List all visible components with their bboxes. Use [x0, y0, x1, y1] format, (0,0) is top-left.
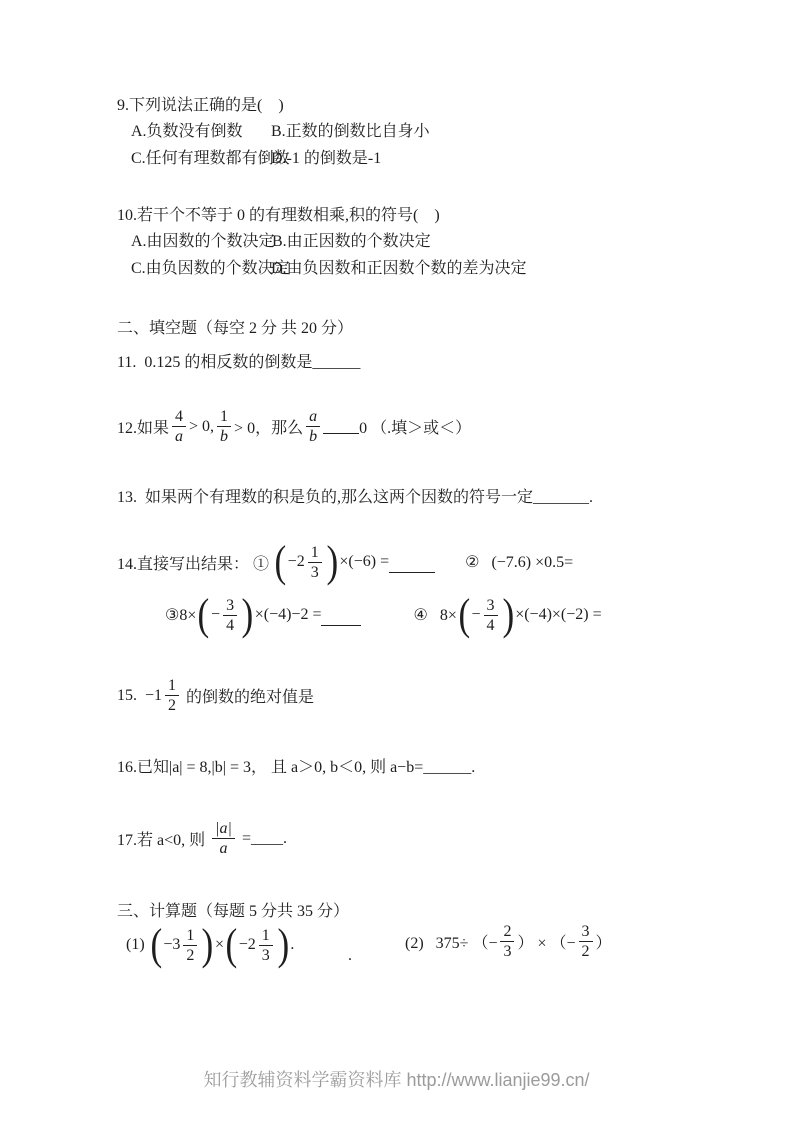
fraction: 32	[579, 923, 593, 960]
question-16: 16.已知|a| = 8,|b| = 3， 且 a＞0, b＜0, 则 a−b=…	[117, 757, 475, 778]
fraction-numerator: 1	[308, 544, 322, 563]
blank-line	[389, 571, 435, 573]
q14-fraction-sign: −	[472, 606, 481, 624]
q14-text-2: ×(−6) =	[339, 553, 389, 571]
question-13: 13. 如果两个有理数的积是负的,那么这两个因数的符号一定_______.	[117, 487, 593, 508]
q12-text-2: > 0,	[189, 418, 214, 436]
section-3-title: 三、计算题（每题 5 分共 35 分）	[117, 901, 349, 922]
fraction-denominator: 4	[484, 616, 498, 634]
fraction-numerator: 2	[500, 923, 514, 942]
q14-text-1: 14.直接写出结果： ①	[117, 551, 273, 574]
q14-text-4: ③8×	[165, 605, 196, 625]
document-page: 9.下列说法正确的是( ) A.负数没有倒数 B.正数的倒数比自身小 C.任何有…	[0, 0, 793, 1122]
q12-text-4: 0 （.填＞或＜）	[359, 415, 471, 438]
c2-text-1: (2) 375÷ （−	[405, 930, 497, 953]
fraction-numerator: 1	[259, 927, 273, 946]
big-paren-left: (	[150, 923, 162, 967]
fraction: ab	[306, 408, 320, 445]
fraction-denominator: 2	[183, 946, 197, 964]
calc-problem-2: (2) 375÷ （− 23 ） × （− 32 ）	[405, 923, 612, 960]
fraction: 13	[259, 927, 273, 964]
fraction-numerator: 1	[165, 677, 179, 696]
question-9-option-c: C.任何有理数都有倒数	[131, 148, 290, 169]
big-paren-left: (	[225, 923, 237, 967]
fraction: 23	[500, 923, 514, 960]
question-14-line-1: 14.直接写出结果： ① ( −2 13 ) ×(−6) = ② (−7.6) …	[117, 540, 573, 584]
big-paren-left: (	[274, 540, 286, 584]
section-2-title: 二、填空题（每空 2 分 共 20 分）	[117, 318, 353, 339]
question-15: 15. −1 12 的倒数的绝对值是	[117, 677, 314, 714]
fraction: 1b	[217, 408, 231, 445]
q14-text-7: ×(−4)×(−2) =	[515, 606, 601, 624]
c2-text-2: ） × （−	[517, 930, 575, 953]
c1-mixed-number-sign: −3	[163, 936, 180, 954]
fraction: 13	[308, 544, 322, 581]
fraction-denominator: a	[217, 839, 231, 857]
fraction: 12	[165, 677, 179, 714]
fraction-denominator: b	[217, 427, 231, 445]
c1-times-sign: ×	[215, 936, 224, 954]
fraction-denominator: 4	[223, 616, 237, 634]
fraction-denominator: 3	[500, 942, 514, 960]
question-17: 17.若 a<0, 则 |a|a =____.	[117, 820, 287, 857]
q15-text-1: 15. −1	[117, 687, 162, 705]
fraction-numerator: 3	[223, 597, 237, 616]
calc-problem-1: (1) ( −3 12 ) × ( −2 13 ) .	[126, 923, 294, 967]
fraction-denominator: 3	[308, 563, 322, 581]
q14-text-3: ② (−7.6) ×0.5=	[465, 552, 573, 572]
question-11: 11. 0.125 的相反数的倒数是______	[117, 352, 360, 373]
big-paren-right: )	[202, 923, 214, 967]
fraction-denominator: 2	[165, 696, 179, 714]
fraction-numerator: 1	[183, 927, 197, 946]
fraction-numerator: 4	[172, 408, 186, 427]
fraction-denominator: 2	[579, 942, 593, 960]
q15-text-2: 的倒数的绝对值是	[182, 684, 314, 707]
c2-text-3: ）	[596, 930, 612, 953]
c1-label: (1)	[126, 936, 149, 954]
big-paren-left: (	[458, 593, 470, 637]
big-paren-right: )	[242, 593, 254, 637]
question-10-stem: 10.若干个不等于 0 的有理数相乘,积的符号( )	[117, 205, 440, 226]
fraction-numerator: |a|	[212, 820, 235, 839]
fraction: 34	[484, 597, 498, 634]
q14-mixed-number-sign: −2	[288, 553, 305, 571]
q17-text-2: =____.	[238, 830, 287, 848]
q14-text-5: ×(−4)−2 =	[255, 606, 322, 624]
fraction-denominator: 3	[259, 946, 273, 964]
question-10-option-c: C.由负因数的个数决定	[131, 258, 290, 279]
fraction-numerator: 3	[579, 923, 593, 942]
fraction-numerator: 1	[217, 408, 231, 427]
blank-line	[321, 624, 361, 626]
question-10-option-b: B.由正因数的个数决定	[272, 231, 431, 252]
big-paren-left: (	[198, 593, 210, 637]
footer-watermark: 知行教辅资料学霸资料库 http://www.lianjie99.cn/	[0, 1066, 793, 1092]
fraction-numerator: a	[306, 408, 320, 427]
question-9-option-d: D.-1 的倒数是-1	[271, 148, 381, 169]
question-9-option-b: B.正数的倒数比自身小	[271, 121, 430, 142]
fraction: 34	[223, 597, 237, 634]
q14-text-6: ④ 8×	[413, 605, 456, 625]
c1-period: .	[290, 936, 294, 954]
question-9-option-a: A.负数没有倒数	[131, 121, 243, 142]
question-10-option-a: A.由因数的个数决定	[131, 231, 275, 252]
fraction: 12	[183, 927, 197, 964]
blank-line	[323, 432, 359, 434]
question-10-option-d: D.由负因数和正因数个数的差为决定	[271, 258, 527, 279]
big-paren-right: )	[502, 593, 514, 637]
fraction-numerator: 3	[484, 597, 498, 616]
q12-text-3: > 0，那么	[234, 415, 303, 438]
q14-fraction-sign: −	[211, 606, 220, 624]
question-12: 12.如果 4a > 0, 1b > 0，那么 ab 0 （.填＞或＜）	[117, 408, 471, 445]
fraction-denominator: b	[306, 427, 320, 445]
fraction: 4a	[172, 408, 186, 445]
big-paren-right: )	[326, 540, 338, 584]
c1-mixed-number-sign: −2	[239, 936, 256, 954]
question-14-line-2: ③8× ( − 34 ) ×(−4)−2 = ④ 8× ( − 34 ) ×(−…	[165, 593, 602, 637]
question-9-stem: 9.下列说法正确的是( )	[117, 95, 284, 116]
fraction-denominator: a	[172, 427, 186, 445]
q12-text-1: 12.如果	[117, 415, 169, 438]
fraction: |a|a	[212, 820, 235, 857]
big-paren-right: )	[277, 923, 289, 967]
q17-text-1: 17.若 a<0, 则	[117, 827, 209, 850]
separator-dot: .	[348, 945, 352, 966]
